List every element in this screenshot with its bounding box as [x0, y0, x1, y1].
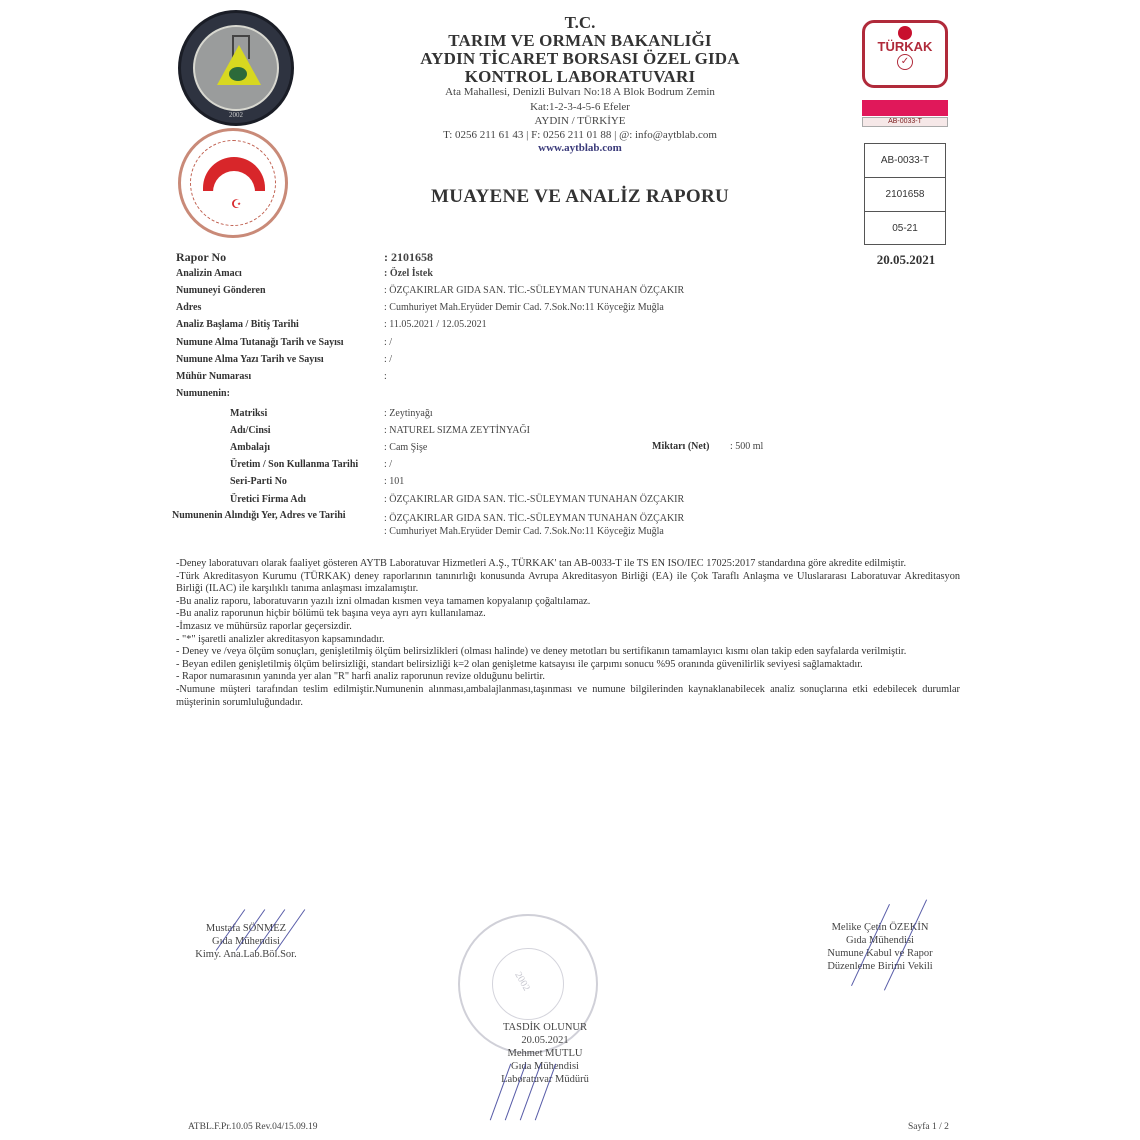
note: -Türk Akreditasyon Kurumu (TÜRKAK) deney… — [176, 571, 960, 596]
note: - Beyan edilen genişletilmiş ölçüm belir… — [176, 659, 960, 672]
header-contact: T: 0256 211 61 43 | F: 0256 211 01 88 | … — [380, 128, 780, 142]
turkak-logo: TÜRKAK ✓ — [862, 20, 948, 88]
signer-title: Gıda Mühendisi — [470, 1060, 620, 1073]
note: - "*" işaretli analizler akreditasyon ka… — [176, 634, 960, 647]
header-institution: AYDIN TİCARET BORSASI ÖZEL GIDA — [380, 50, 780, 68]
checkmark-icon: ✓ — [897, 54, 913, 70]
header-address-2: Kat:1-2-3-4-5-6 Efeler — [380, 100, 780, 114]
note: -Bu analiz raporu, laboratuvarın yazılı … — [176, 596, 960, 609]
report-notes: -Deney laboratuvarı olarak faaliyet göst… — [176, 558, 960, 709]
quantity-field: Miktarı (Net) : 500 ml — [652, 441, 763, 452]
signature-right: Melike Çetin ÖZEKİN Gıda Mühendisi Numun… — [790, 921, 970, 973]
ministry-logo: ☪ — [178, 128, 288, 238]
header-website[interactable]: www.aytblab.com — [380, 143, 780, 155]
report-date: 20.05.2021 — [858, 252, 954, 268]
note: - Rapor numarasının yanında yer alan "R"… — [176, 671, 960, 684]
form-code: ATBL.F.Pr.10.05 Rev.04/15.09.19 — [188, 1122, 318, 1132]
accreditation-box: AB-0033-T 2101658 05-21 — [864, 143, 946, 245]
header-tc: T.C. — [380, 14, 780, 32]
accreditation-code: AB-0033-T — [865, 144, 945, 178]
note: -Numune müşteri tarafından teslim edilmi… — [176, 684, 960, 709]
signer-name: Mustafa SÖNMEZ — [166, 922, 326, 935]
header-lab: KONTROL LABORATUVARI — [380, 68, 780, 86]
header-ministry: TARIM VE ORMAN BAKANLIĞI — [380, 32, 780, 50]
turkak-name: TÜRKAK — [865, 40, 945, 54]
signer-name: Mehmet MUTLU — [470, 1047, 620, 1060]
accreditation-report-no: 2101658 — [865, 178, 945, 212]
signature-center: TASDİK OLUNUR 20.05.2021 Mehmet MUTLU Gı… — [470, 1021, 620, 1086]
header-address-1: Ata Mahallesi, Denizli Bulvarı No:18 A B… — [380, 85, 780, 99]
approval-date: 20.05.2021 — [470, 1034, 620, 1047]
note: -İmzasız ve mühürsüz raporlar geçersizdi… — [176, 621, 960, 634]
note: -Bu analiz raporunun hiçbir bölümü tek b… — [176, 608, 960, 621]
approval-label: TASDİK OLUNUR — [470, 1021, 620, 1034]
note: - Deney ve /veya ölçüm sonuçları, genişl… — [176, 646, 960, 659]
accreditation-month: 05-21 — [865, 212, 945, 245]
signature-left: Mustafa SÖNMEZ Gıda Mühendisi Kimy. Ana.… — [166, 922, 326, 961]
signer-role: Laboratuvar Müdürü — [470, 1073, 620, 1086]
signer-role: Numune Kabul ve Rapor — [790, 947, 970, 960]
signer-title: Gıda Mühendisi — [790, 934, 970, 947]
lab-association-logo: 2002 — [178, 10, 294, 126]
crescent-star-icon: ☪ — [231, 197, 242, 212]
globe-icon — [229, 67, 247, 81]
header-city: AYDIN / TÜRKİYE — [380, 114, 780, 128]
signer-role: Kimy. Ana.Lab.Böl.Sor. — [166, 948, 326, 961]
flag-icon — [898, 26, 912, 40]
turkak-band — [862, 100, 948, 116]
report-title: MUAYENE VE ANALİZ RAPORU — [380, 186, 780, 208]
logo-year: 2002 — [181, 111, 291, 119]
signer-role: Düzenleme Birimi Vekili — [790, 960, 970, 973]
letterhead: T.C. TARIM VE ORMAN BAKANLIĞI AYDIN TİCA… — [380, 14, 780, 154]
turkak-code: AB-0033-T — [862, 117, 948, 127]
page-number: Sayfa 1 / 2 — [908, 1122, 949, 1132]
note: -Deney laboratuvarı olarak faaliyet göst… — [176, 558, 960, 571]
